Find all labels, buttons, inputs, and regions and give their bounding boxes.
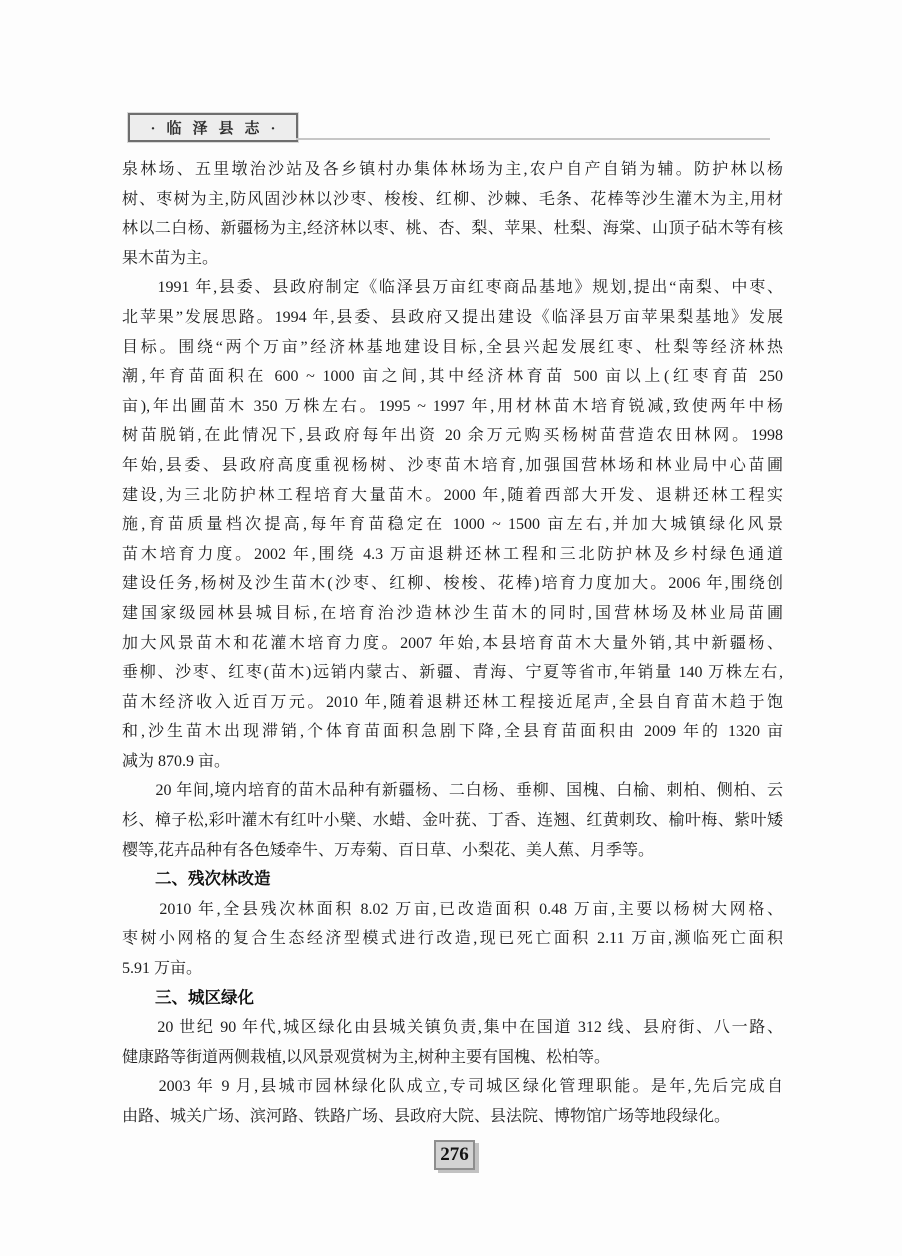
text-line: 建设,为三北防护林工程培育大量苗木。2000 年,随着西部大开发、退耕还林工程实 bbox=[122, 481, 783, 511]
text-line: 樱等,花卉品种有各色矮牵牛、万寿菊、百日草、小梨花、美人蕉、月季等。 bbox=[122, 836, 783, 866]
page-number-box: 276 bbox=[434, 1140, 475, 1170]
text-line: 年始,县委、县政府高度重视杨树、沙枣苗木培育,加强国营林场和林业局中心苗圃 bbox=[122, 451, 783, 481]
book-title-header: ·临泽县志· bbox=[128, 113, 298, 142]
text-line: 垂柳、沙枣、红枣(苗木)远销内蒙古、新疆、青海、宁夏等省市,年销量 140 万株… bbox=[122, 658, 783, 688]
scanned-book-page: ·临泽县志· 泉林场、五里墩治沙站及各乡镇村办集体林场为主,农户自产自销为辅。防… bbox=[0, 0, 902, 1256]
text-line: 由路、城关广场、滨河路、铁路广场、县政府大院、县法院、博物馆广场等地段绿化。 bbox=[122, 1102, 783, 1132]
text-line: 和,沙生苗木出现滞销,个体育苗面积急剧下降,全县育苗面积由 2009 年的 13… bbox=[122, 717, 783, 747]
text-line: 树、枣树为主,防风固沙林以沙枣、梭梭、红柳、沙棘、毛条、花棒等沙生灌木为主,用材 bbox=[122, 185, 783, 215]
text-line: 建国家级园林县城目标,在培育治沙造林沙生苗木的同时,国营林场及林业局苗圃 bbox=[122, 599, 783, 629]
text-line: 建设任务,杨树及沙生苗木(沙枣、红柳、梭梭、花棒)培育力度加大。2006 年,围… bbox=[122, 569, 783, 599]
text-line: 施,育苗质量档次提高,每年育苗稳定在 1000 ~ 1500 亩左右,并加大城镇… bbox=[122, 510, 783, 540]
text-line: 潮,年育苗面积在 600 ~ 1000 亩之间,其中经济林育苗 500 亩以上(… bbox=[122, 362, 783, 392]
text-line: 2003 年 9 月,县城市园林绿化队成立,专司城区绿化管理职能。是年,先后完成… bbox=[122, 1072, 783, 1102]
text-line: 健康路等街道两侧栽植,以风景观赏树为主,树种主要有国槐、松柏等。 bbox=[122, 1043, 783, 1073]
text-line: 苗木培育力度。2002 年,围绕 4.3 万亩退耕还林工程和三北防护林及乡村绿色… bbox=[122, 540, 783, 570]
text-line: 北苹果”发展思路。1994 年,县委、县政府又提出建设《临泽县万亩苹果梨基地》发… bbox=[122, 303, 783, 333]
text-line: 1991 年,县委、县政府制定《临泽县万亩红枣商品基地》规划,提出“南梨、中枣、 bbox=[122, 273, 783, 303]
text-line: 减为 870.9 亩。 bbox=[122, 747, 783, 777]
text-line: 枣树小网格的复合生态经济型模式进行改造,现已死亡面积 2.11 万亩,濒临死亡面… bbox=[122, 924, 783, 954]
text-line: 加大风景苗木和花灌木培育力度。2007 年始,本县培育苗木大量外销,其中新疆杨、 bbox=[122, 629, 783, 659]
text-line: 5.91 万亩。 bbox=[122, 954, 783, 984]
text-line: 苗木经济收入近百万元。2010 年,随着退耕还林工程接近尾声,全县自育苗木趋于饱 bbox=[122, 688, 783, 718]
page-number: 276 bbox=[440, 1144, 469, 1166]
text-line: 杉、樟子松,彩叶灌木有红叶小檗、水蜡、金叶莸、丁香、连翘、红黄刺玫、榆叶梅、紫叶… bbox=[122, 806, 783, 836]
text-line: 果木苗为主。 bbox=[122, 244, 783, 274]
text-line: 林以二白杨、新疆杨为主,经济林以枣、桃、杏、梨、苹果、杜梨、海棠、山顶子砧木等有… bbox=[122, 214, 783, 244]
section-heading: 二、残次林改造 bbox=[122, 865, 783, 895]
header-divider bbox=[296, 138, 770, 140]
section-heading: 三、城区绿化 bbox=[122, 984, 783, 1014]
text-line: 20 年间,境内培育的苗木品种有新疆杨、二白杨、垂柳、国槐、白榆、刺柏、侧柏、云 bbox=[122, 776, 783, 806]
text-line: 树苗脱销,在此情况下,县政府每年出资 20 余万元购买杨树苗营造农田林网。199… bbox=[122, 421, 783, 451]
body-text: 泉林场、五里墩治沙站及各乡镇村办集体林场为主,农户自产自销为辅。防护林以杨树、枣… bbox=[122, 155, 783, 1132]
book-title-text: ·临泽县志· bbox=[139, 117, 286, 138]
text-line: 2010 年,全县残次林面积 8.02 万亩,已改造面积 0.48 万亩,主要以… bbox=[122, 895, 783, 925]
text-line: 泉林场、五里墩治沙站及各乡镇村办集体林场为主,农户自产自销为辅。防护林以杨 bbox=[122, 155, 783, 185]
text-line: 目标。围绕“两个万亩”经济林基地建设目标,全县兴起发展红枣、杜梨等经济林热 bbox=[122, 333, 783, 363]
text-line: 20 世纪 90 年代,城区绿化由县城关镇负责,集中在国道 312 线、县府街、… bbox=[122, 1013, 783, 1043]
text-line: 亩),年出圃苗木 350 万株左右。1995 ~ 1997 年,用材林苗木培育锐… bbox=[122, 392, 783, 422]
